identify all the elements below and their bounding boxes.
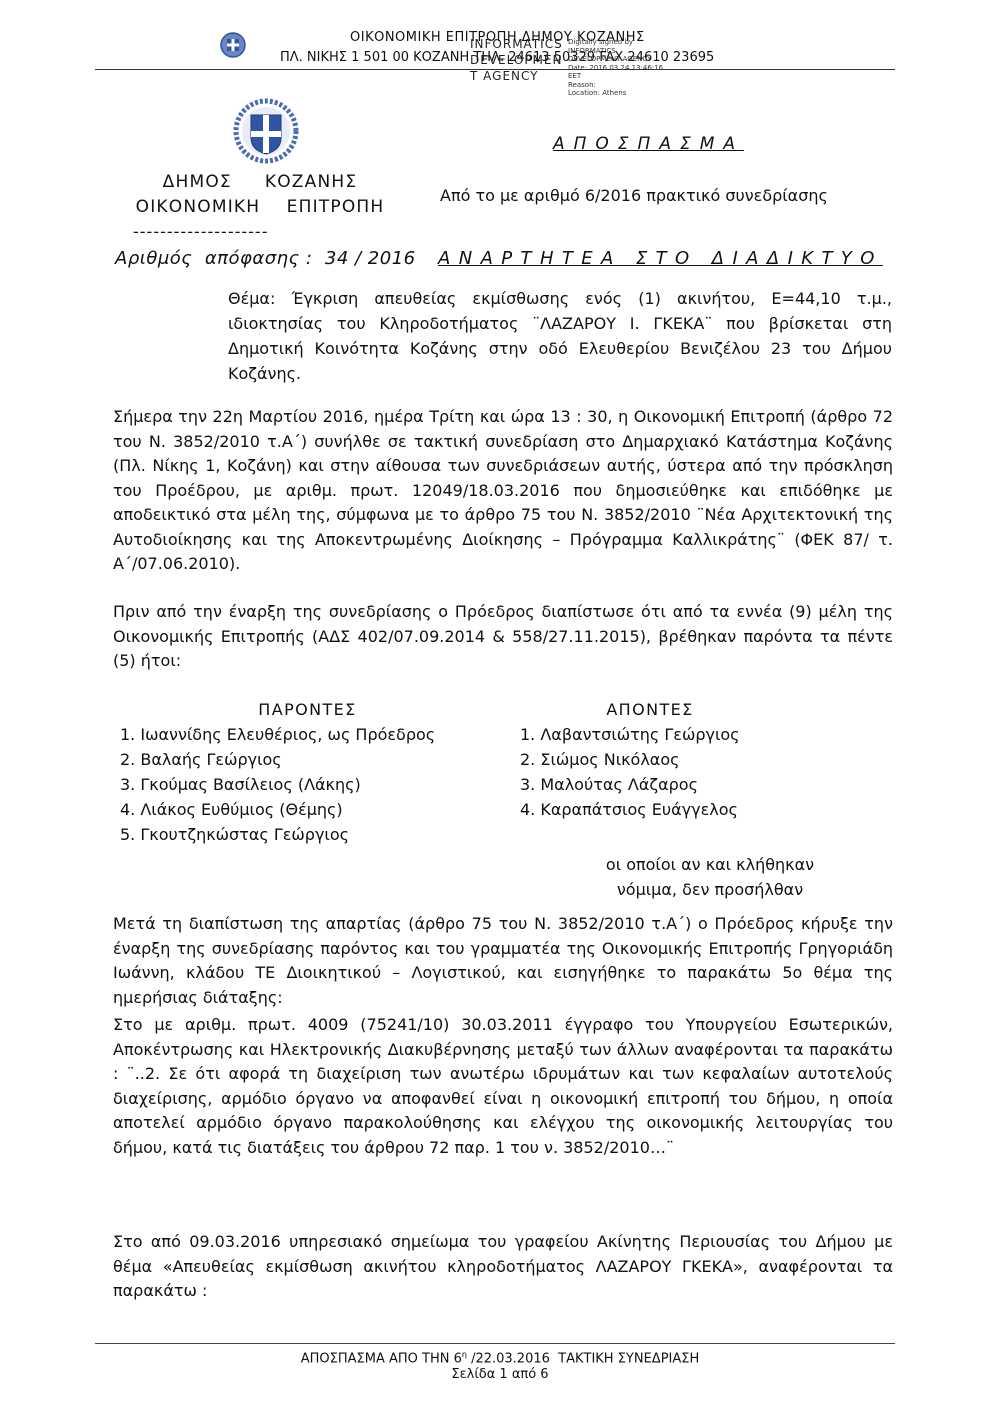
list-item: 3. Γκούμας Βασίλειος (Λάκης) bbox=[120, 772, 495, 797]
footer-title: ΑΠΟΣΠΑΣΜΑ ΑΠΟ ΤΗΝ 6η /22.03.2016 ΤΑΚΤΙΚΗ… bbox=[0, 1350, 1000, 1366]
list-item: 3. Μαλούτας Λάζαρος bbox=[520, 772, 780, 797]
post-online-notice: ΑΝΑΡΤΗΤΕΑ ΣΤΟ ΔΙΑΔΙΚΤΥΟ bbox=[438, 248, 883, 269]
list-item: 2. Βαλαής Γεώργιος bbox=[120, 747, 495, 772]
list-item: 1. Λαβαντσιώτης Γεώργιος bbox=[520, 722, 780, 747]
absent-members: ΑΠΟΝΤΕΣ 1. Λαβαντσιώτης Γεώργιος 2. Σιώμ… bbox=[520, 697, 780, 822]
issuer-divider: -------------------- bbox=[133, 222, 268, 241]
list-item: 4. Καραπάτσιος Ευάγγελος bbox=[520, 797, 780, 822]
ministry-document-paragraph: Στο με αριθμ. πρωτ. 4009 (75241/10) 30.0… bbox=[113, 1013, 893, 1160]
document-type-title: ΑΠΟΣΠΑΣΜΑ bbox=[553, 134, 744, 154]
meeting-paragraph: Σήμερα την 22η Μαρτίου 2016, ημέρα Τρίτη… bbox=[113, 405, 893, 577]
absent-title: ΑΠΟΝΤΕΣ bbox=[520, 697, 780, 722]
quorum-paragraph: Πριν από την έναρξη της συνεδρίασης ο Πρ… bbox=[113, 600, 893, 674]
list-item: 5. Γκουτζηκώστας Γεώργιος bbox=[120, 822, 495, 847]
subject-text: Θέμα: Έγκριση απευθείας εκμίσθωσης ενός … bbox=[228, 286, 892, 386]
service-note-paragraph: Στο από 09.03.2016 υπηρεσιακό σημείωμα τ… bbox=[113, 1230, 893, 1304]
decision-number: Αριθμός απόφασης : 34 / 2016 bbox=[115, 248, 416, 269]
footer-divider bbox=[95, 1343, 895, 1344]
present-members: ΠΑΡΟΝΤΕΣ 1. Ιωαννίδης Ελευθέριος, ως Πρό… bbox=[120, 697, 495, 847]
municipality-name: ΔΗΜΟΣ ΚΟΖΑΝΗΣ bbox=[100, 172, 420, 192]
absent-note: οι οποίοι αν και κλήθηκαν νόμιμα, δεν πρ… bbox=[580, 852, 840, 902]
list-item: 4. Λιάκος Ευθύμιος (Θέμης) bbox=[120, 797, 495, 822]
page-number: Σελίδα 1 από 6 bbox=[0, 1367, 1000, 1382]
digital-signature-meta: Digitally signed by INFORMATICS DEVELOPM… bbox=[568, 38, 663, 98]
greek-emblem-icon bbox=[233, 98, 299, 164]
committee-name: ΟΙΚΟΝΟΜΙΚΗ ΕΠΙΤΡΟΠΗ bbox=[100, 197, 420, 217]
list-item: 2. Σιώμος Νικόλαος bbox=[520, 747, 780, 772]
opening-paragraph: Μετά τη διαπίστωση της απαρτίας (άρθρο 7… bbox=[113, 912, 893, 1010]
digital-signature-org: INFORMATICS DEVELOPMEN T AGENCY bbox=[470, 36, 563, 84]
greek-emblem-small-icon bbox=[220, 32, 246, 58]
list-item: 1. Ιωαννίδης Ελευθέριος, ως Πρόεδρος bbox=[120, 722, 495, 747]
present-title: ΠΑΡΟΝΤΕΣ bbox=[120, 697, 495, 722]
minutes-reference: Από το με αριθμό 6/2016 πρακτικό συνεδρί… bbox=[440, 186, 828, 205]
